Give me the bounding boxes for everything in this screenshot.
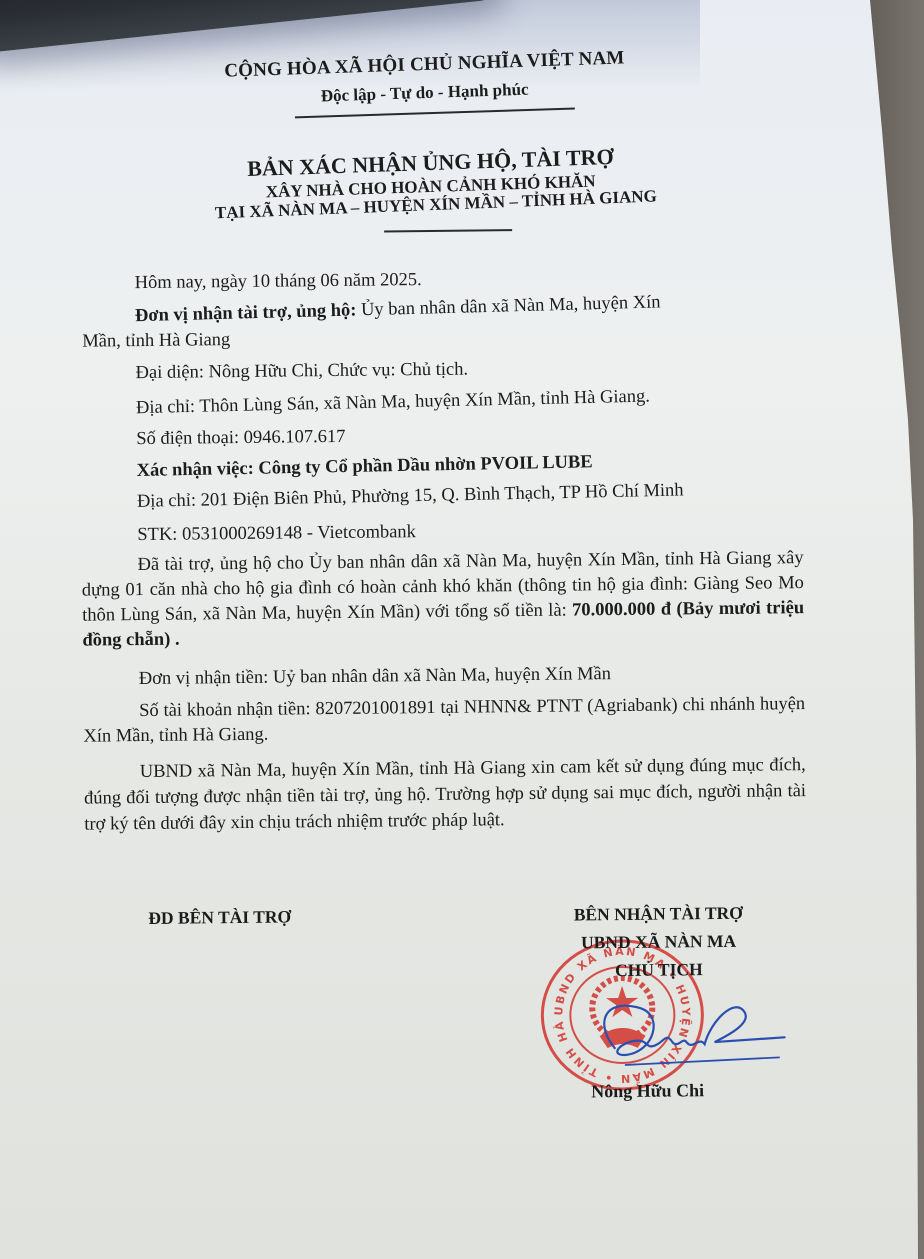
recipient-phone: Số điện thoại: 0946.107.617	[136, 425, 345, 451]
sponsor-company: Xác nhận việc: Công ty Cổ phần Dầu nhờn …	[136, 450, 592, 483]
date-line: Hôm nay, ngày 10 tháng 06 năm 2025.	[135, 268, 422, 295]
sponsor-account: STK: 0531000269148 - Vietcombank	[137, 520, 416, 547]
national-motto: Độc lập - Tự do - Hạnh phúc	[274, 78, 574, 108]
signer-name: Nông Hữu Chi	[525, 1079, 770, 1103]
recipient-address: Địa chỉ: Thôn Lùng Sán, xã Nàn Ma, huyện…	[136, 385, 650, 421]
recipient-signature-block: BÊN NHẬN TÀI TRỢ UBND XÃ NÀN MA CHỦ TỊCH	[523, 898, 794, 985]
sponsor-address: Địa chỉ: 201 Điện Biên Phủ, Phường 15, Q…	[137, 478, 684, 513]
representative: Đại diện: Nông Hữu Chi, Chức vụ: Chủ tịc…	[135, 358, 468, 385]
recipient-heading: BÊN NHẬN TÀI TRỢ	[523, 898, 793, 929]
donation-paragraph: Đã tài trợ, ủng hộ cho Ủy ban nhân dân x…	[81, 546, 804, 654]
receiving-account: Số tài khoản nhận tiền: 8207201001891 tạ…	[83, 692, 805, 750]
document-content: CỘNG HÒA XÃ HỘI CHỦ NGHĨA VIỆT NAM Độc l…	[0, 0, 924, 1259]
motto-underline	[295, 108, 575, 118]
receiving-unit: Đơn vị nhận tiền: Uỷ ban nhân dân xã Nàn…	[139, 662, 611, 691]
document-page: CỘNG HÒA XÃ HỘI CHỦ NGHĨA VIỆT NAM Độc l…	[0, 0, 924, 1259]
recipient-position: CHỦ TỊCH	[524, 954, 794, 985]
national-title: CỘNG HÒA XÃ HỘI CHỦ NGHĨA VIỆT NAM	[199, 47, 649, 84]
handwritten-signature-icon	[594, 991, 795, 1073]
recipient-value: Ủy ban nhân dân xã Nàn Ma, huyện Xín	[356, 292, 661, 320]
recipient-label: Đơn vị nhận tài trợ, ủng hộ:	[135, 300, 357, 326]
commitment-paragraph: UBND xã Nàn Ma, huyện Xín Mần, tỉnh Hà G…	[84, 752, 807, 838]
recipient-org: UBND XÃ NÀN MA	[523, 926, 793, 957]
recipient-line: Đơn vị nhận tài trợ, ủng hộ: Ủy ban nhân…	[135, 290, 661, 328]
recipient-line-2: Mần, tỉnh Hà Giang	[82, 328, 230, 354]
sponsor-signature-heading: ĐD BÊN TÀI TRỢ	[148, 906, 291, 928]
location-underline	[384, 229, 512, 232]
